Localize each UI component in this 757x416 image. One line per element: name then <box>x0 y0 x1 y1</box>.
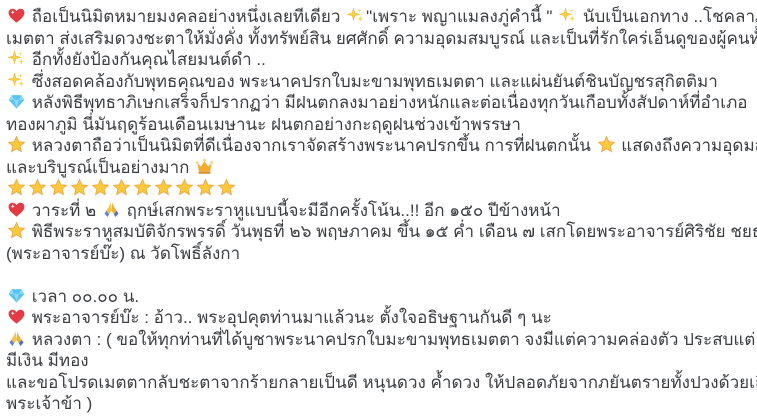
star-icon <box>154 178 173 197</box>
star-icon <box>7 135 26 154</box>
text-line: วาระที่ ๒ ฤกษ์เสกพระราหูแบบนี้จะมีอีกครั… <box>6 200 753 222</box>
text-segment: มีเงิน มีทอง <box>6 351 89 370</box>
text-line: อีกทั้งยังป้องกันคุณไสยมนต์ดำ .. <box>6 49 753 71</box>
text-line: หลวงตาถือว่าเป็นนิมิตที่ดีเนื่องจากเราจั… <box>6 135 753 157</box>
star-icon <box>91 178 110 197</box>
star-icon <box>175 178 194 197</box>
text-segment: หลวงตาถือว่าเป็นนิมิตที่ดีเนื่องจากเราจั… <box>27 136 596 155</box>
text-line: ถือเป็นนิมิตหมายมงคลอย่างหนึ่งเลยทีเดียว… <box>6 6 753 28</box>
text-line: และขอโปรดเมตตากลับชะตาจากร้ายกลายเป็นดี … <box>6 372 753 394</box>
folded-hands-icon <box>7 329 26 348</box>
star-icon <box>28 178 47 197</box>
text-line <box>6 178 753 200</box>
star-icon <box>112 178 131 197</box>
gem-icon <box>7 286 26 305</box>
sparkles-icon <box>7 49 26 68</box>
crown-icon <box>195 157 214 176</box>
text-segment: หลวงตา : ( ขอให้ทุกท่านที่ได้บูชาพระนาคป… <box>27 330 757 349</box>
star-icon <box>217 178 236 197</box>
text-segment: ถือเป็นนิมิตหมายมงคลอย่างหนึ่งเลยทีเดียว <box>27 7 345 26</box>
text-segment: และบริบูรณ์เป็นอย่างมาก <box>6 158 194 177</box>
star-icon <box>133 178 152 197</box>
text-segment: เมตตา ส่งเสริมดวงชะตาให้มั่งคั่ง ทั้งทรั… <box>6 29 757 48</box>
gem-icon <box>7 92 26 111</box>
text-segment: นับเป็นเอกทาง ..โชคลาภ <box>578 7 757 26</box>
text-segment: เวลา ๐๐.๐๐ น. <box>27 287 139 306</box>
text-line: เวลา ๐๐.๐๐ น. <box>6 286 753 308</box>
star-icon <box>196 178 215 197</box>
star-icon <box>49 178 68 197</box>
folded-hands-icon <box>102 200 121 219</box>
text-line: พระเจ้าข้า ) <box>6 393 753 415</box>
text-line: พิธีพระราหูสมบัติจักรพรรดิ์ วันพุธที่ ๒๖… <box>6 221 753 243</box>
post-text: ถือเป็นนิมิตหมายมงคลอย่างหนึ่งเลยทีเดียว… <box>0 0 757 415</box>
text-segment: วาระที่ ๒ <box>27 201 101 220</box>
text-line: พระอาจารย์บ๊ะ : อ้าว.. พระอุปคุตท่านมาแล… <box>6 307 753 329</box>
sparkling-heart-icon <box>7 6 26 25</box>
sparkles-icon <box>558 6 577 25</box>
sparkling-heart-icon <box>7 200 26 219</box>
text-segment: พระเจ้าข้า ) <box>6 394 92 413</box>
text-segment: พระอาจารย์บ๊ะ : อ้าว.. พระอุปคุตท่านมาแล… <box>27 308 552 327</box>
sparkles-icon <box>346 6 365 25</box>
text-line: เมตตา ส่งเสริมดวงชะตาให้มั่งคั่ง ทั้งทรั… <box>6 28 753 50</box>
text-segment: ทองผาภูมิ นี่มันฤดูร้อนเดือนเมษานะ ฝนตกอ… <box>6 115 521 134</box>
text-segment: พิธีพระราหูสมบัติจักรพรรดิ์ วันพุธที่ ๒๖… <box>27 222 757 241</box>
text-segment: และขอโปรดเมตตากลับชะตาจากร้ายกลายเป็นดี … <box>6 373 757 392</box>
text-line: (พระอาจารย์บ๊ะ) ณ วัดโพธิ์ลังกา <box>6 243 753 265</box>
text-line: หลวงตา : ( ขอให้ทุกท่านที่ได้บูชาพระนาคป… <box>6 329 753 351</box>
text-line: มีเงิน มีทอง <box>6 350 753 372</box>
text-segment: ฤกษ์เสกพระราหูแบบนี้จะมีอีกครั้งโน้น..!!… <box>122 201 561 220</box>
text-segment: ซึ่งสอดคล้องกับพุทธคุณของ พระนาคปรกใบมะข… <box>27 72 718 91</box>
sparkles-icon <box>7 71 26 90</box>
text-line: ซึ่งสอดคล้องกับพุทธคุณของ พระนาคปรกใบมะข… <box>6 71 753 93</box>
text-segment: หลังพิธีพุทธาภิเษกเสร็จก็ปรากฏว่า มีฝนตก… <box>27 93 748 112</box>
text-line: ทองผาภูมิ นี่มันฤดูร้อนเดือนเมษานะ ฝนตกอ… <box>6 114 753 136</box>
star-icon <box>70 178 89 197</box>
star-icon <box>7 178 26 197</box>
sparkling-heart-icon <box>7 307 26 326</box>
star-icon <box>7 221 26 240</box>
text-segment: "เพราะ พญาแมลงภู่คำนี้ " <box>366 7 557 26</box>
blank-line <box>6 264 753 286</box>
text-segment: (พระอาจารย์บ๊ะ) ณ วัดโพธิ์ลังกา <box>6 244 240 263</box>
text-line: หลังพิธีพุทธาภิเษกเสร็จก็ปรากฏว่า มีฝนตก… <box>6 92 753 114</box>
text-segment: แสดงถึงความอุดมสมบูรณ์ <box>617 136 757 155</box>
text-segment: อีกทั้งยังป้องกันคุณไสยมนต์ดำ .. <box>27 50 266 69</box>
star-icon <box>597 135 616 154</box>
text-line: และบริบูรณ์เป็นอย่างมาก <box>6 157 753 179</box>
